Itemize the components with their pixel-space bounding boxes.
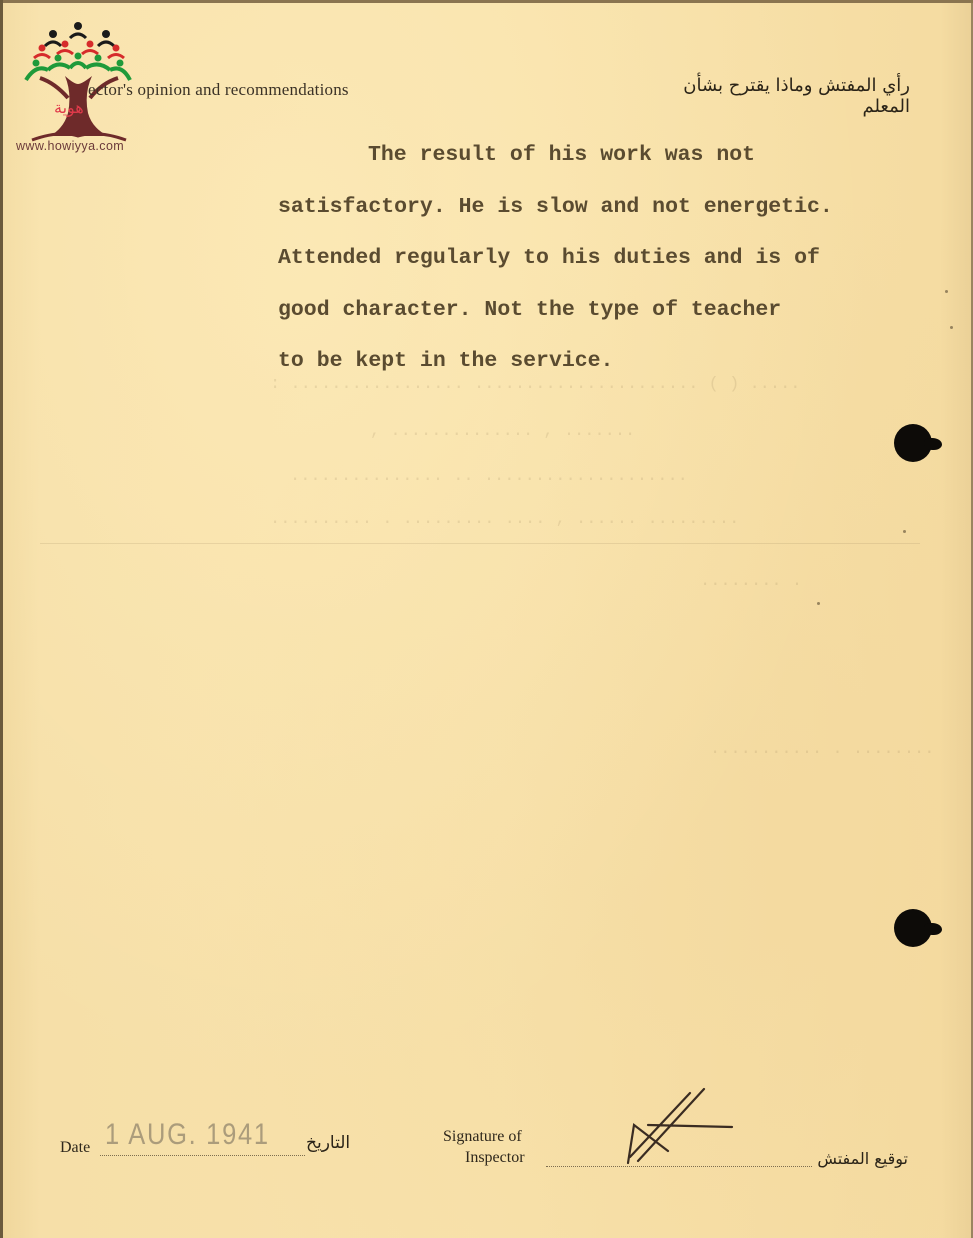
bleed-through-text: ............... .. ....................	[290, 467, 688, 486]
document-page: : ................. ....................…	[0, 0, 973, 1238]
section-heading-english: ector's opinion and recommendations	[88, 80, 349, 100]
remarks-line: to be kept in the service.	[278, 336, 938, 388]
paper-speck	[950, 326, 953, 329]
signature-label-line2: Inspector	[443, 1147, 525, 1168]
bleed-through-text: ........ .	[700, 572, 802, 591]
punch-hole-icon	[894, 424, 932, 462]
handwritten-signature-icon	[620, 1085, 740, 1170]
signature-label: Signature of Inspector	[443, 1126, 525, 1168]
remarks-line: satisfactory. He is slow and not energet…	[278, 182, 938, 234]
section-heading-arabic: رأي المفتش وماذا يقترح بشأن المعلم	[640, 75, 910, 117]
date-dotted-line	[100, 1155, 305, 1156]
paper-speck	[945, 290, 948, 293]
signature-label-line1: Signature of	[443, 1128, 522, 1145]
signature-label-arabic: توقيع المفتش	[812, 1149, 908, 1168]
bleed-through-text: .......... . ......... .... , ...... ...…	[270, 510, 739, 529]
svg-text:هوية: هوية	[54, 98, 84, 118]
date-label: Date	[60, 1139, 90, 1157]
remarks-line: Attended regularly to his duties and is …	[278, 233, 938, 285]
remarks-line: good character. Not the type of teacher	[278, 285, 938, 337]
remarks-line: The result of his work was not	[278, 130, 938, 182]
date-label-arabic: التاريخ	[306, 1133, 350, 1153]
inspector-remarks: The result of his work was not satisfact…	[278, 130, 938, 388]
date-stamp: 1 AUG. 1941	[105, 1118, 270, 1152]
paper-speck	[817, 602, 820, 605]
bleed-through-text: ........... . ........	[710, 740, 934, 759]
watermark-url[interactable]: www.howiyya.com	[16, 139, 124, 153]
paper-speck	[903, 530, 906, 533]
bleed-through-rule	[40, 543, 920, 544]
punch-hole-icon	[894, 909, 932, 947]
bleed-through-text: , .............. , .......	[370, 422, 635, 441]
